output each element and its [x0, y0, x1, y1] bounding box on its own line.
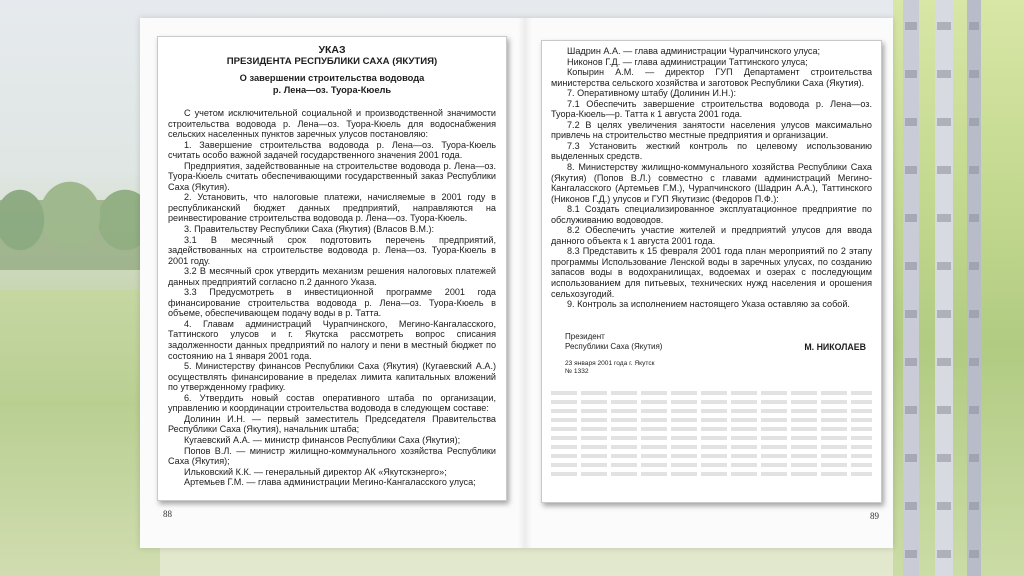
- paragraph: Артемьев Г.М. — глава администрации Меги…: [168, 477, 496, 488]
- paragraph: 7.2 В целях увеличения занятости населен…: [551, 120, 872, 141]
- decree-page-left: УКАЗ ПРЕЗИДЕНТА РЕСПУБЛИКИ САХА (ЯКУТИЯ)…: [157, 36, 507, 501]
- paragraph: 3.2 В месячный срок утвердить механизм р…: [168, 266, 496, 287]
- decree-subtitle: ПРЕЗИДЕНТА РЕСПУБЛИКИ САХА (ЯКУТИЯ): [168, 56, 496, 68]
- decree-heading-line1: О завершении строительства водовода: [168, 73, 496, 85]
- paragraph: 3. Правительству Республики Саха (Якутия…: [168, 224, 496, 235]
- paragraph: 2. Установить, что налоговые платежи, на…: [168, 192, 496, 224]
- paragraph: Никонов Г.Д. — глава администрации Татти…: [551, 57, 872, 68]
- paragraph: 7.3 Установить жесткий контроль по целев…: [551, 141, 872, 162]
- paragraph: 3.3 Предусмотреть в инвестиционной прогр…: [168, 287, 496, 319]
- signature-block: Президент Республики Саха (Якутия) М. НИ…: [551, 332, 872, 352]
- paragraph: Ильковский К.К. — генеральный директор А…: [168, 467, 496, 478]
- background-meadow: [0, 290, 160, 576]
- signature-position-line1: Президент: [565, 332, 872, 342]
- paragraph: Кугаевский А.А. — министр финансов Респу…: [168, 435, 496, 446]
- background-forest: [0, 160, 160, 290]
- decree-number: № 1332: [565, 368, 872, 377]
- paragraph: 3.1 В месячный срок подготовить перечень…: [168, 235, 496, 267]
- decree-meta: 23 января 2001 года г. Якутск № 1332: [551, 360, 872, 377]
- page-number-right: 89: [870, 511, 879, 521]
- paragraph: 8.2 Обеспечить участие жителей и предпри…: [551, 225, 872, 246]
- paragraph: Копырин А.М. — директор ГУП Департамент …: [551, 67, 872, 88]
- paragraph: 8.3 Представить к 15 февраля 2001 года п…: [551, 246, 872, 299]
- paragraph: 7.1 Обеспечить завершение строительства …: [551, 99, 872, 120]
- signature-name: М. НИКОЛАЕВ: [804, 342, 866, 352]
- paragraph: 8. Министерству жилищно-коммунального хо…: [551, 162, 872, 204]
- paragraph: 9. Контроль за исполнением настоящего Ук…: [551, 299, 872, 310]
- book-spine: [518, 18, 532, 548]
- paragraph: Попов В.Л. — министр жилищно-коммунально…: [168, 446, 496, 467]
- paragraph: 8.1 Создать специализированное эксплуата…: [551, 204, 872, 225]
- page-number-left: 88: [163, 509, 172, 519]
- paragraph: 4. Главам администраций Чурапчинского, М…: [168, 319, 496, 361]
- decree-heading-line2: р. Лена—оз. Туора-Кюель: [168, 85, 496, 97]
- paragraph: Шадрин А.А. — глава администрации Чурапч…: [551, 46, 872, 57]
- paragraph: С учетом исключительной социальной и про…: [168, 108, 496, 140]
- paragraph: Долинин И.Н. — первый заместитель Предсе…: [168, 414, 496, 435]
- background-birch-bark: [893, 0, 1024, 576]
- decree-page-right: Шадрин А.А. — глава администрации Чурапч…: [541, 40, 882, 503]
- decree-date-place: 23 января 2001 года г. Якутск: [565, 360, 872, 369]
- faded-bleedthrough-text: [551, 386, 872, 496]
- decree-heading: О завершении строительства водовода р. Л…: [168, 73, 496, 96]
- paragraph: 7. Оперативному штабу (Долинин И.Н.):: [551, 88, 872, 99]
- paragraph: 5. Министерству финансов Республики Саха…: [168, 361, 496, 393]
- paragraph: 6. Утвердить новый состав оперативного ш…: [168, 393, 496, 414]
- paragraph: Предприятия, задействованные на строител…: [168, 161, 496, 193]
- paragraph: 1. Завершение строительства водовода р. …: [168, 140, 496, 161]
- decree-title: УКАЗ: [168, 44, 496, 56]
